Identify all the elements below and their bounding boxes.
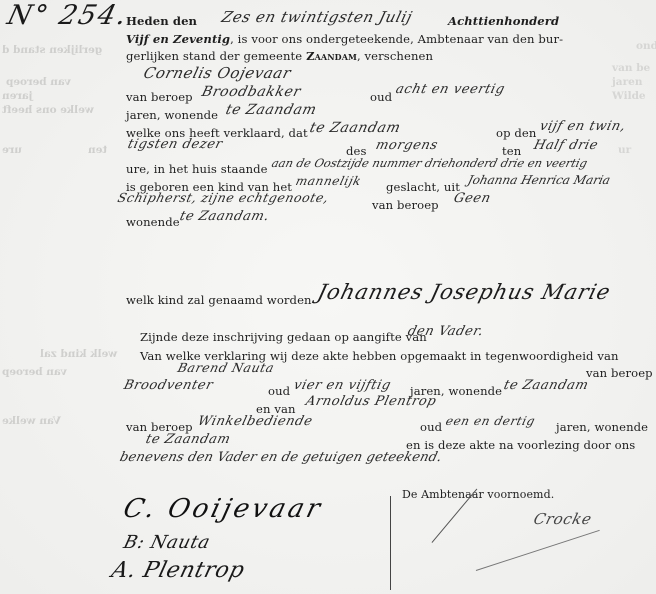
handwritten-declarant-name: Cornelis Oojevaar: [142, 64, 293, 82]
officer-signature-underline: [476, 530, 600, 571]
printed-text: Vijf en Zeventig, is voor ons ondergetee…: [126, 32, 563, 46]
handwritten-address: aan de Oostzijde nummer driehonderd drie…: [270, 156, 589, 170]
handwritten-time-of-day: morgens: [374, 138, 439, 153]
handwritten-mother-occupation: Geen: [452, 191, 492, 206]
printed-year-suffix: Vijf en Zeventig: [126, 32, 230, 46]
bleed-through-text: van be: [612, 62, 650, 74]
handwritten-birth-day: vijf en twin,: [538, 119, 627, 134]
handwritten-hour: Half drie: [532, 138, 600, 153]
handwritten-birth-place: te Zaandam: [308, 120, 402, 136]
handwritten-witness2-occupation: Winkelbediende: [196, 414, 314, 429]
municipality-name: Zaandam: [306, 49, 357, 63]
bleed-through-text: van beroep: [6, 76, 71, 88]
printed-text: van beroep: [126, 90, 193, 104]
handwritten-mother-name-cont: Schipherst, zijne echtgenoote,: [116, 190, 330, 205]
printed-text: wonende: [126, 215, 180, 229]
handwritten-informant: den Vader.: [406, 324, 485, 339]
bleed-through-text: gerlijken stand d: [2, 44, 102, 56]
signature-father: C. Ooijevaar: [120, 494, 326, 524]
printed-text: oud: [420, 420, 442, 434]
handwritten-witness2-residence: te Zaandam: [144, 432, 232, 447]
printed-text: Heden den: [126, 14, 197, 28]
handwritten-witness1-age: vier en vijftig: [292, 378, 393, 393]
handwritten-witness1-residence: te Zaandam: [502, 378, 590, 393]
bleed-through-text: welke ons heeft: [2, 104, 94, 116]
printed-text: van beroep: [372, 198, 439, 212]
printed-text: oud: [370, 90, 392, 104]
handwritten-mother-name: Johanna Henrica Maria: [466, 173, 612, 187]
handwritten-closing: benevens den Vader en de getuigen geteek…: [118, 450, 443, 465]
signature-brace: [390, 496, 391, 590]
handwritten-birth-day-cont: tigsten dezer: [126, 137, 224, 152]
handwritten-declarant-residence: te Zaandam: [224, 102, 318, 118]
printed-text: jaren, wonende: [126, 108, 218, 122]
bleed-through-text: ure: [2, 144, 22, 156]
handwritten-declarant-age: acht en veertig: [394, 82, 506, 97]
bleed-through-text: van beroep: [2, 366, 67, 378]
handwritten-witness2-age: een en dertig: [444, 414, 537, 428]
bleed-through-text: ond: [636, 40, 656, 52]
bleed-through-text: ten: [88, 144, 107, 156]
printed-text: van beroep: [586, 366, 653, 380]
bleed-through-text: ur: [618, 144, 631, 156]
bleed-through-text: Wilde: [612, 90, 646, 102]
signature-witness1: B: Nauta: [121, 532, 212, 553]
handwritten-sex: mannelijk: [294, 174, 363, 188]
bleed-through-text: jaren: [2, 90, 32, 102]
printed-text: op den: [496, 126, 536, 140]
printed-text: ure, in het huis staande: [126, 162, 268, 176]
bleed-through-text: welk kind zal: [40, 348, 117, 360]
printed-year-prefix: Achttienhonderd: [448, 14, 559, 28]
record-number: N° 254.: [4, 0, 132, 31]
handwritten-witness2-name: Arnoldus Plentrop: [304, 394, 438, 409]
handwritten-witness1-occupation: Broodventer: [122, 378, 215, 393]
printed-text: geslacht, uit: [386, 180, 460, 194]
printed-text: Zijnde deze inschrijving gedaan op aangi…: [140, 330, 427, 344]
handwritten-declarant-occupation: Broodbakker: [200, 84, 303, 100]
printed-text: jaren, wonende: [556, 420, 648, 434]
handwritten-witness1-name: Barend Nauta: [176, 360, 276, 375]
bleed-through-text: jaren: [612, 76, 642, 88]
signature-witness2: A. Plentrop: [109, 558, 247, 583]
civil-registry-birth-record: gerlijken stand d van beroep jaren welke…: [0, 0, 656, 594]
printed-text: oud: [268, 384, 290, 398]
handwritten-mother-residence: te Zaandam.: [178, 209, 271, 224]
signature-officer: Crocke: [532, 510, 594, 528]
officer-label: De Ambtenaar voornoemd.: [402, 488, 554, 501]
printed-text: welk kind zal genaamd worden: [126, 293, 312, 307]
handwritten-child-name: Johannes Josephus Marie: [315, 280, 613, 304]
bleed-through-text: Van welke: [2, 415, 61, 427]
handwritten-day: Zes en twintigsten Julij: [220, 8, 415, 26]
printed-text: gerlijken stand der gemeente Zaandam, ve…: [126, 49, 433, 63]
